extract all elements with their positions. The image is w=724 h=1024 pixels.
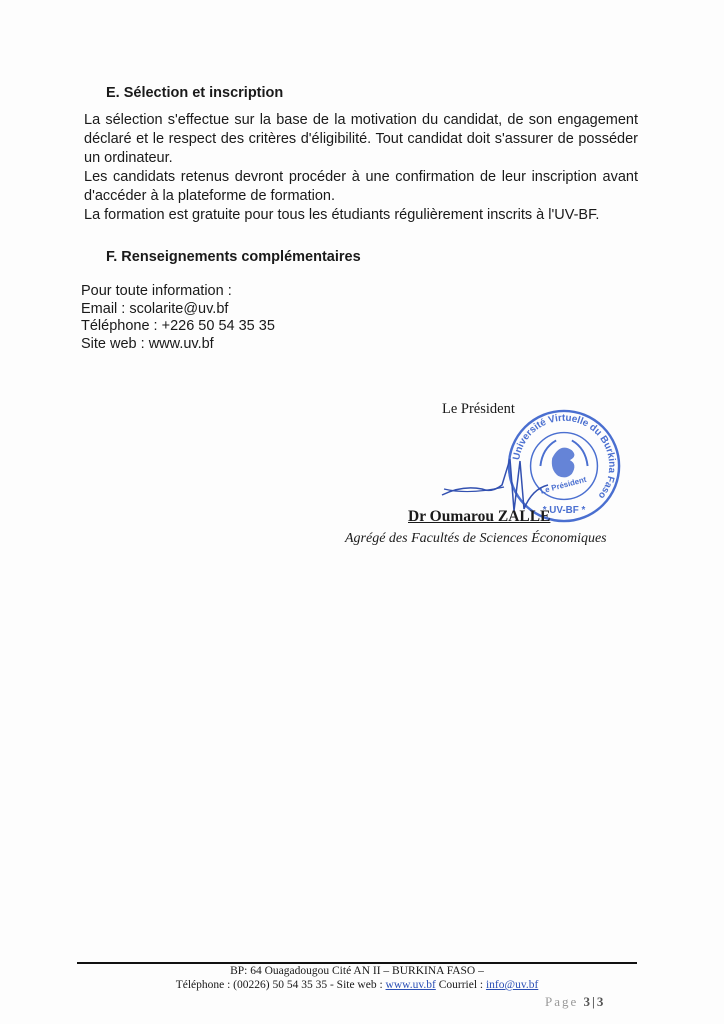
footer-website-link[interactable]: www.uv.bf (386, 979, 436, 991)
section-e-body: La sélection s'effectue sur la base de l… (84, 111, 638, 225)
page-number: Page 3|3 (545, 994, 605, 1010)
footer-email-link[interactable]: info@uv.bf (486, 979, 538, 991)
footer-address: BP: 64 Ouagadougou Cité AN II – BURKINA … (77, 965, 637, 977)
contact-website: Site web : www.uv.bf (81, 336, 275, 354)
contact-intro: Pour toute information : (81, 283, 275, 301)
handwritten-signature-icon (440, 455, 550, 515)
footer-courriel-label: Courriel : (436, 979, 486, 991)
footer-divider (77, 962, 637, 964)
confirmation-paragraph: Les candidats retenus devront procéder à… (84, 168, 638, 206)
page-total: 3 (597, 994, 606, 1009)
section-e-heading: E. Sélection et inscription (106, 85, 283, 101)
selection-paragraph: La sélection s'effectue sur la base de l… (84, 111, 638, 168)
contact-email: Email : scolarite@uv.bf (81, 301, 275, 319)
signer-name: Dr Oumarou ZALLE (408, 508, 550, 526)
page-label: Page (545, 994, 578, 1009)
footer-phone: Téléphone : (00226) 50 54 35 35 - Site w… (176, 979, 386, 991)
contact-phone: Téléphone : +226 50 54 35 35 (81, 318, 275, 336)
contact-info: Pour toute information : Email : scolari… (81, 283, 275, 353)
free-training-paragraph: La formation est gratuite pour tous les … (84, 206, 638, 225)
signer-title: Agrégé des Facultés de Sciences Économiq… (345, 531, 607, 547)
footer-contact-line: Téléphone : (00226) 50 54 35 35 - Site w… (77, 979, 637, 991)
president-label: Le Président (442, 401, 515, 418)
page-current: 3 (584, 994, 593, 1009)
section-f-heading: F. Renseignements complémentaires (106, 249, 361, 265)
